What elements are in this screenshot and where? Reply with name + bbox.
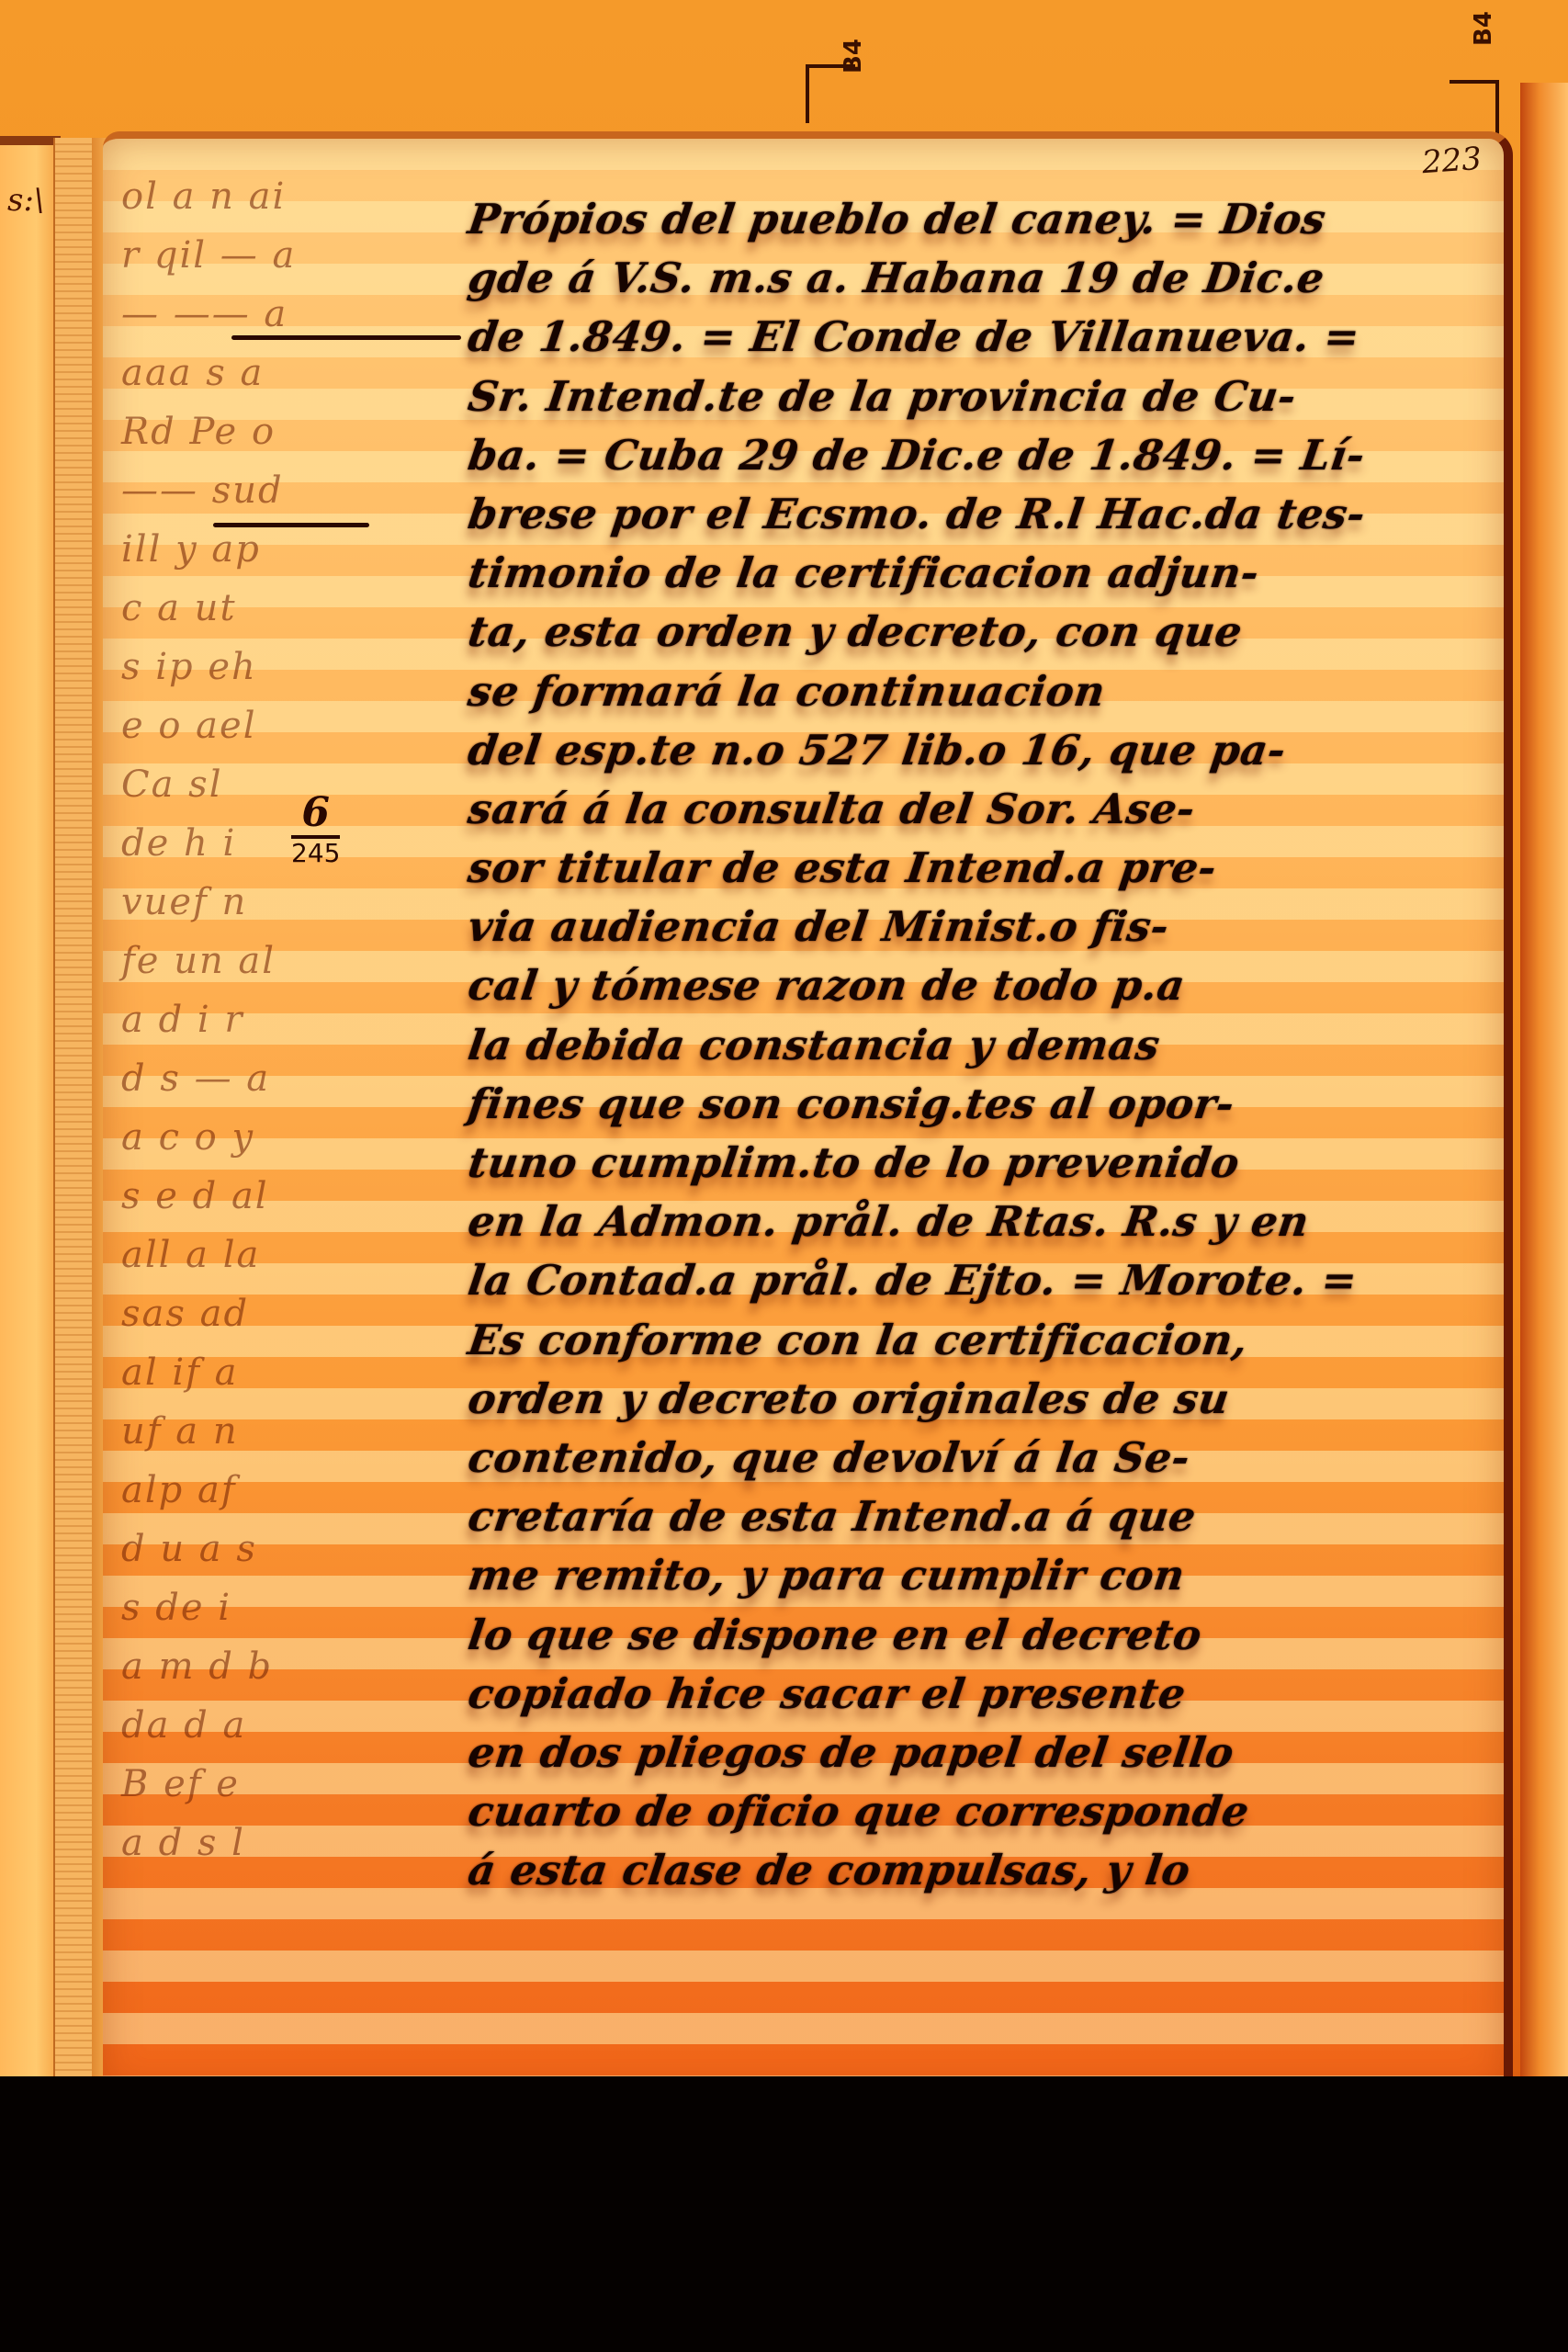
bleed-through-line: Rd Pe o [121, 411, 424, 469]
scan-scene: B4 B4 s:\ 223 ol a n air qil — a— —— aaa… [0, 0, 1568, 2352]
bleed-through-line: —— sud [121, 469, 424, 528]
bleed-through-line: fe un al [121, 940, 424, 999]
manuscript-line: brese por el Ecsmo. de R.l Hac.da tes- [464, 485, 1483, 544]
manuscript-line: timonio de la certificacion adjun- [464, 544, 1483, 603]
bleed-through-line: a c o y [121, 1116, 424, 1175]
manuscript-line: contenido, que devolví á la Se- [464, 1429, 1483, 1487]
manuscript-line: me remito, y para cumplir con [464, 1546, 1483, 1605]
bleed-through-line: Ca sl [121, 763, 424, 822]
bleed-through-line: s e d al [121, 1175, 424, 1234]
bleed-through-line: vuef n [121, 881, 424, 940]
manuscript-line: Sr. Intend.te de la provincia de Cu- [464, 367, 1483, 426]
manuscript-line: la Contad.a prål. de Ejto. = Morote. = [464, 1251, 1483, 1310]
bleed-through-line: alp af [121, 1469, 424, 1528]
bleed-through-line: d s — a [121, 1057, 424, 1116]
manuscript-line: de 1.849. = El Conde de Villanueva. = [464, 308, 1483, 367]
bleed-through-line: da d a [121, 1704, 424, 1763]
manuscript-line: sor titular de esta Intend.a pre- [464, 839, 1483, 898]
margin-folio-note: 6 245 [291, 793, 340, 866]
manuscript-line: del esp.te n.o 527 lib.o 16, que pa- [464, 721, 1483, 780]
manuscript-line: á esta clase de compulsas, y lo [464, 1841, 1483, 1900]
bleed-through-line: a d s l [121, 1822, 424, 1881]
left-page-note: s:\ [7, 182, 44, 219]
manuscript-line: Es conforme con la certificacion, [464, 1311, 1483, 1370]
bleed-through-line: s ip eh [121, 646, 424, 705]
bleed-through-line: a d i r [121, 999, 424, 1057]
bottom-shadow-area [0, 2076, 1568, 2352]
bleed-through-line: e o ael [121, 705, 424, 763]
manuscript-line: copiado hice sacar el presente [464, 1665, 1483, 1724]
adjacent-left-page: s:\ [0, 136, 61, 2086]
folio-denominator: 245 [291, 841, 340, 866]
bleed-through-line: ill y ap [121, 528, 424, 587]
manuscript-line: la debida constancia y demas [464, 1016, 1483, 1075]
margin-rule [231, 335, 461, 340]
manuscript-line: en la Admon. prål. de Rtas. R.s y en [464, 1193, 1483, 1251]
bleed-through-line: all a la [121, 1234, 424, 1293]
manuscript-line: cretaría de esta Intend.a á que [464, 1487, 1483, 1546]
manuscript-line: sará á la consulta del Sor. Ase- [464, 780, 1483, 839]
bleed-through-line: s de i [121, 1587, 424, 1645]
manuscript-line: Própios del pueblo del caney. = Dios [464, 190, 1483, 249]
margin-rule [213, 523, 369, 527]
manuscript-line: ta, esta orden y decreto, con que [464, 603, 1483, 661]
bleed-through-line: d u a s [121, 1528, 424, 1587]
bleed-through-line: sas ad [121, 1293, 424, 1351]
bleed-through-line: c a ut [121, 587, 424, 646]
bleed-through-line: de h i [121, 822, 424, 881]
manuscript-line: cal y tómese razon de todo p.a [464, 956, 1483, 1015]
crop-label-left: B4 [840, 39, 867, 73]
manuscript-line: orden y decreto originales de su [464, 1370, 1483, 1429]
bleed-through-line: ol a n ai [121, 175, 424, 234]
bleed-through-line: — —— a [121, 293, 424, 352]
manuscript-line: se formará la continuacion [464, 662, 1483, 721]
bleed-through-line: r qil — a [121, 234, 424, 293]
bleed-through-line: aaa s a [121, 352, 424, 411]
manuscript-page: 223 ol a n air qil — a— —— aaaa s aRd Pe… [103, 131, 1513, 2091]
bleed-through-line: a m d b [121, 1645, 424, 1704]
book-spine-stitching [53, 138, 96, 2076]
manuscript-line: en dos pliegos de papel del sello [464, 1724, 1483, 1782]
manuscript-line: tuno cumplim.to de lo prevenido [464, 1134, 1483, 1193]
manuscript-line: ba. = Cuba 29 de Dic.e de 1.849. = Lí- [464, 426, 1483, 485]
crop-label-right: B4 [1470, 11, 1497, 46]
bleed-through-line: uf a n [121, 1410, 424, 1469]
manuscript-line: cuarto de oficio que corresponde [464, 1782, 1483, 1841]
page-number: 223 [1421, 141, 1483, 181]
folio-numerator: 6 [291, 793, 340, 839]
bleed-through-line: B ef e [121, 1763, 424, 1822]
manuscript-line: lo que se dispone en el decreto [464, 1606, 1483, 1665]
manuscript-line: fines que son consig.tes al opor- [464, 1075, 1483, 1134]
manuscript-line: via audiencia del Minist.o fis- [464, 898, 1483, 956]
adjacent-right-edge [1520, 83, 1568, 2122]
handwritten-text-block: Própios del pueblo del caney. = Diosgde … [468, 190, 1479, 1900]
bleed-through-line: al if a [121, 1351, 424, 1410]
bleed-through-text: ol a n air qil — a— —— aaaa s aRd Pe o——… [121, 175, 424, 2068]
manuscript-line: gde á V.S. m.s a. Habana 19 de Dic.e [464, 249, 1483, 308]
